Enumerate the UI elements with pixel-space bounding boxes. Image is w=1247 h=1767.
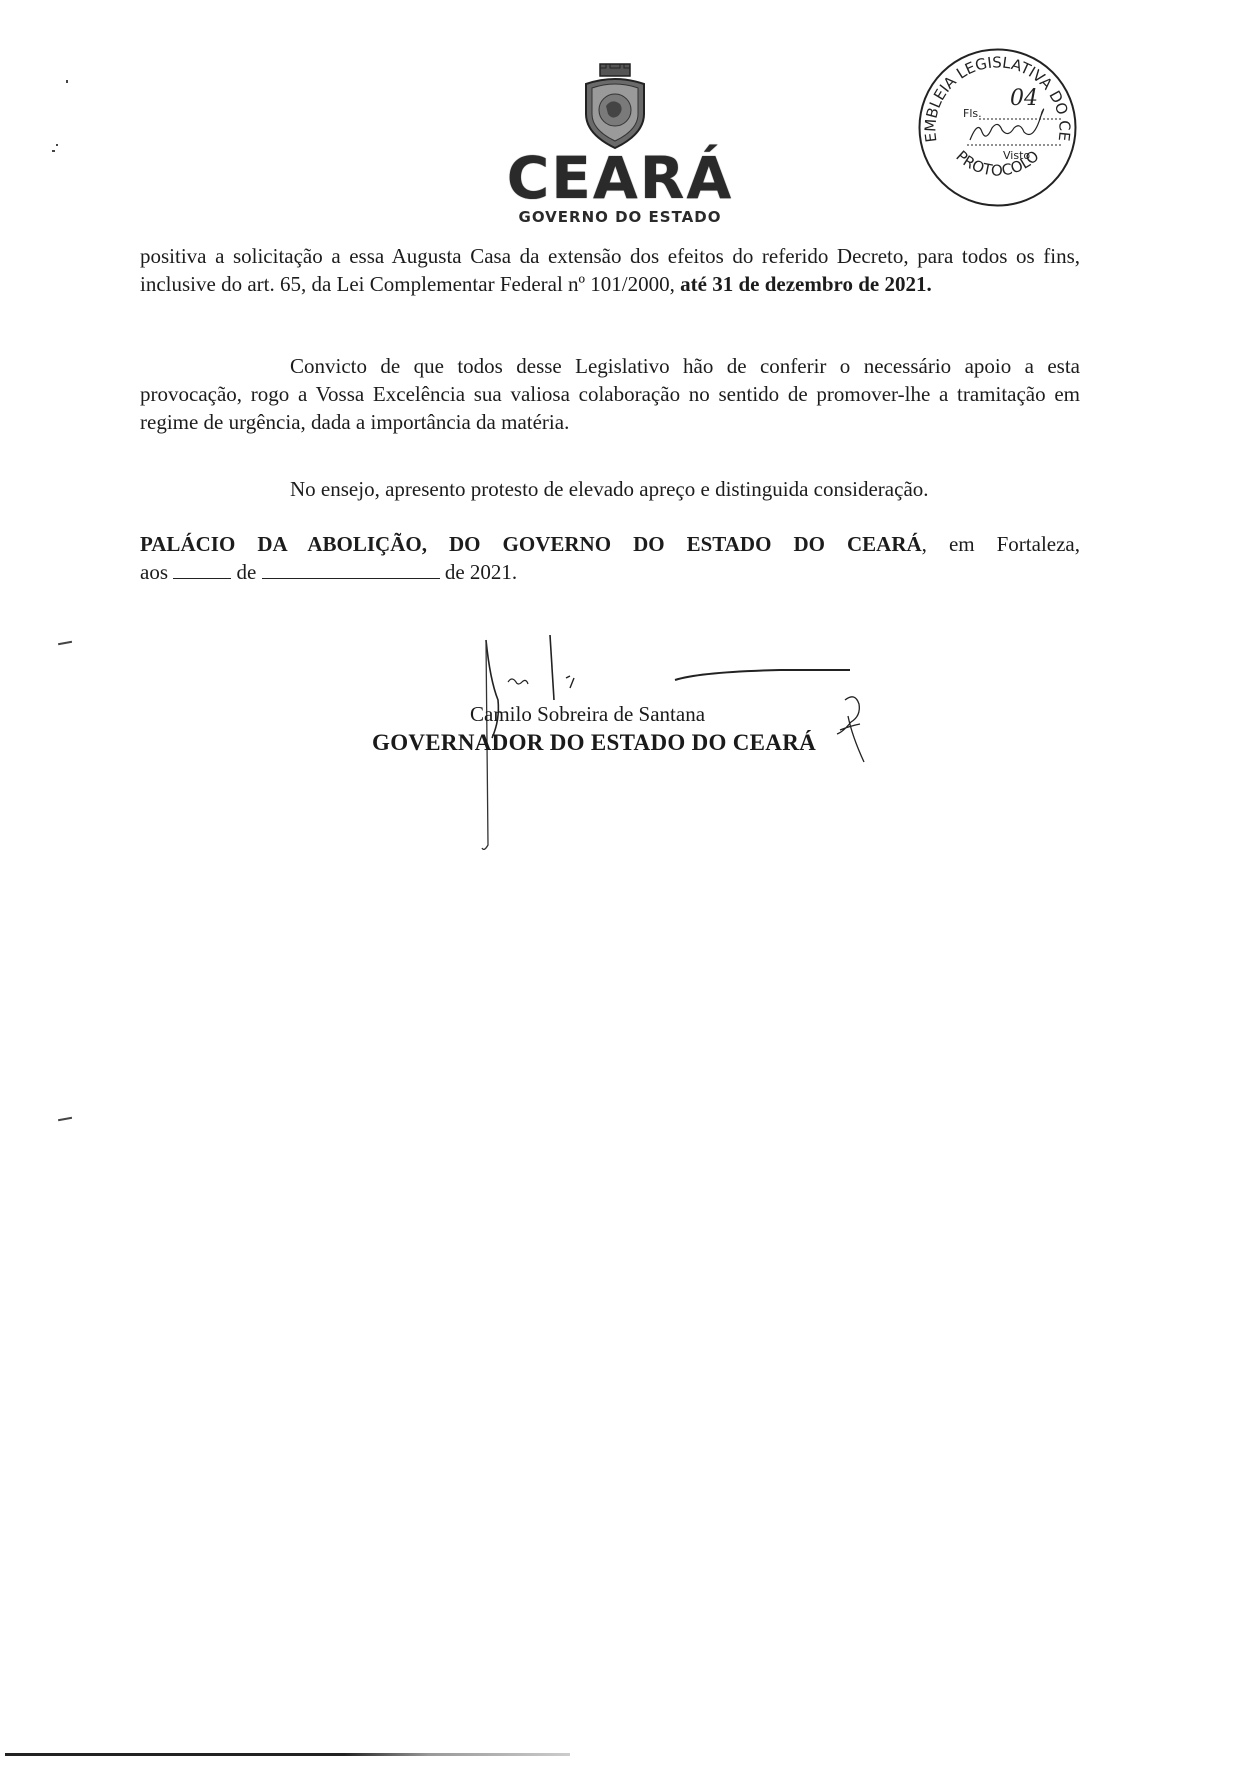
paragraph-place-date: PALÁCIO DA ABOLIÇÃO, DO GOVERNO DO ESTAD… xyxy=(140,530,1080,586)
svg-text:Visto: Visto xyxy=(1003,149,1030,162)
margin-mark xyxy=(58,1117,72,1121)
scan-edge-line xyxy=(5,1753,570,1756)
paragraph-support: Convicto de que todos desse Legislativo … xyxy=(140,352,1080,436)
date-suffix: de 2021. xyxy=(445,560,517,584)
signatory-name: Camilo Sobreira de Santana xyxy=(470,702,705,727)
margin-mark xyxy=(58,641,72,645)
brand-block: CEARÁ GOVERNO DO ESTADO xyxy=(500,150,740,226)
day-blank xyxy=(173,560,231,579)
coat-of-arms-icon xyxy=(578,62,652,150)
date-prefix: aos xyxy=(140,560,168,584)
signatory-title: GOVERNADOR DO ESTADO DO CEARÁ xyxy=(372,730,816,756)
margin-mark xyxy=(56,144,58,146)
city-text: , em Fortaleza, xyxy=(922,532,1080,556)
paragraph-request-deadline: até 31 de dezembro de 2021. xyxy=(680,272,932,296)
margin-mark xyxy=(66,80,68,83)
paragraph-closing: No ensejo, apresento protesto de elevado… xyxy=(140,475,1080,503)
protocol-stamp: ASSEMBLEIA LEGISLATIVA DO CEARÁ PROTOCOL… xyxy=(915,45,1080,210)
svg-text:04: 04 xyxy=(1010,86,1038,111)
paragraph-request-text: positiva a solicitação a essa Augusta Ca… xyxy=(140,244,1080,296)
brand-name: CEARÁ xyxy=(500,150,740,206)
paragraph-request: positiva a solicitação a essa Augusta Ca… xyxy=(140,242,1080,298)
brand-subtitle: GOVERNO DO ESTADO xyxy=(500,208,740,226)
margin-mark xyxy=(52,150,55,152)
date-line: aos de de 2021. xyxy=(140,558,1080,586)
month-blank xyxy=(262,560,440,579)
palace-name: PALÁCIO DA ABOLIÇÃO, DO GOVERNO DO ESTAD… xyxy=(140,532,922,556)
svg-text:ASSEMBLEIA LEGISLATIVA DO CEAR: ASSEMBLEIA LEGISLATIVA DO CEARÁ xyxy=(915,45,1074,143)
svg-text:Fls.: Fls. xyxy=(963,107,982,120)
date-de: de xyxy=(237,560,257,584)
